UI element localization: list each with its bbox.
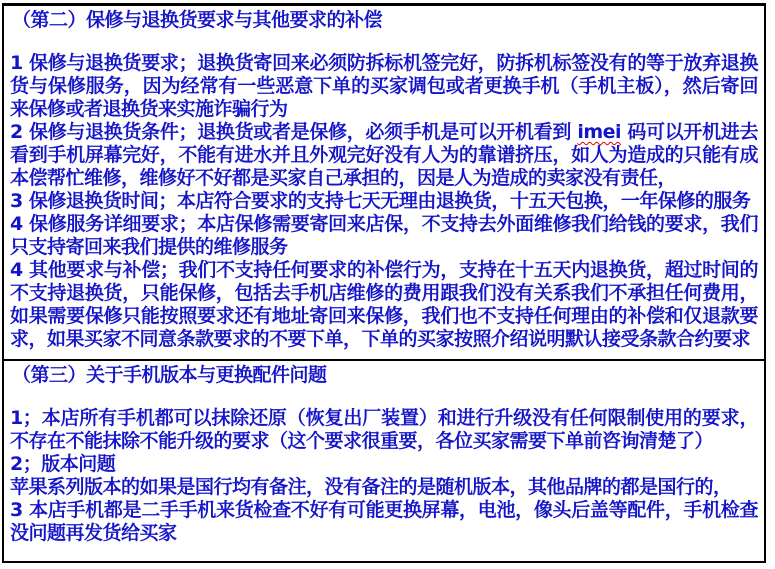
text-run: 2；版本问题 (10, 453, 115, 475)
text-run: 3 本店手机都是二手手机来货检查不好有可能更换屏幕，电池，像头后盖等配件，手机检… (10, 499, 758, 544)
terms-document: （第二）保修与退换货要求与其他要求的补偿 1 保修与退换货要求；退换货寄回来必须… (2, 3, 766, 563)
paragraph: 4 保修服务详细要求；本店保修需要寄回来店保，不支持去外面维修我们给钱的要求，我… (10, 213, 758, 259)
paragraph: 1 保修与退换货要求；退换货寄回来必须防拆标机签完好，防拆机标签没有的等于放弃退… (10, 52, 758, 121)
text-run: 4 其他要求与补偿；我们不支持任何要求的补偿行为，支持在十五天内退换货，超过时间… (10, 259, 758, 350)
paragraph: 3 本店手机都是二手手机来货检查不好有可能更换屏幕，电池，像头后盖等配件，手机检… (10, 499, 758, 545)
section-title: （第二）保修与退换货要求与其他要求的补偿 (10, 9, 758, 32)
section-title: （第三）关于手机版本与更换配件问题 (10, 364, 758, 387)
paragraph: 苹果系列版本的如果是国行均有备注，没有备注的是随机版本，其他品牌的都是国行的， (10, 476, 758, 499)
text-run: 4 保修服务详细要求；本店保修需要寄回来店保，不支持去外面维修我们给钱的要求，我… (10, 213, 758, 258)
text-run: 2 保修与退换货条件；退换货或者是保修，必须手机是可以开机看到 (10, 121, 577, 143)
text-run: 3 保修退换货时间；本店符合要求的支持七天无理由退换货，十五天包换，一年保修的服… (10, 190, 750, 212)
section-version-and-parts: （第三）关于手机版本与更换配件问题 1；本店所有手机都可以抹除还原（恢复出厂装置… (4, 361, 764, 561)
paragraph: 3 保修退换货时间；本店符合要求的支持七天无理由退换货，十五天包换，一年保修的服… (10, 190, 758, 213)
section-warranty-and-returns: （第二）保修与退换货要求与其他要求的补偿 1 保修与退换货要求；退换货寄回来必须… (4, 6, 764, 361)
paragraph: 2 保修与退换货条件；退换货或者是保修，必须手机是可以开机看到 imei 码可以… (10, 121, 758, 190)
misspelled-word: imei (577, 121, 621, 143)
text-run: 苹果系列版本的如果是国行均有备注，没有备注的是随机版本，其他品牌的都是国行的， (10, 476, 732, 498)
paragraph: 2；版本问题 (10, 453, 758, 476)
text-run: 1 保修与退换货要求；退换货寄回来必须防拆标机签完好，防拆机标签没有的等于放弃退… (10, 52, 758, 120)
text-run: 1；本店所有手机都可以抹除还原（恢复出厂装置）和进行升级没有任何限制使用的要求，… (10, 407, 758, 452)
paragraph: 4 其他要求与补偿；我们不支持任何要求的补偿行为，支持在十五天内退换货，超过时间… (10, 259, 758, 351)
paragraph: 1；本店所有手机都可以抹除还原（恢复出厂装置）和进行升级没有任何限制使用的要求，… (10, 407, 758, 453)
